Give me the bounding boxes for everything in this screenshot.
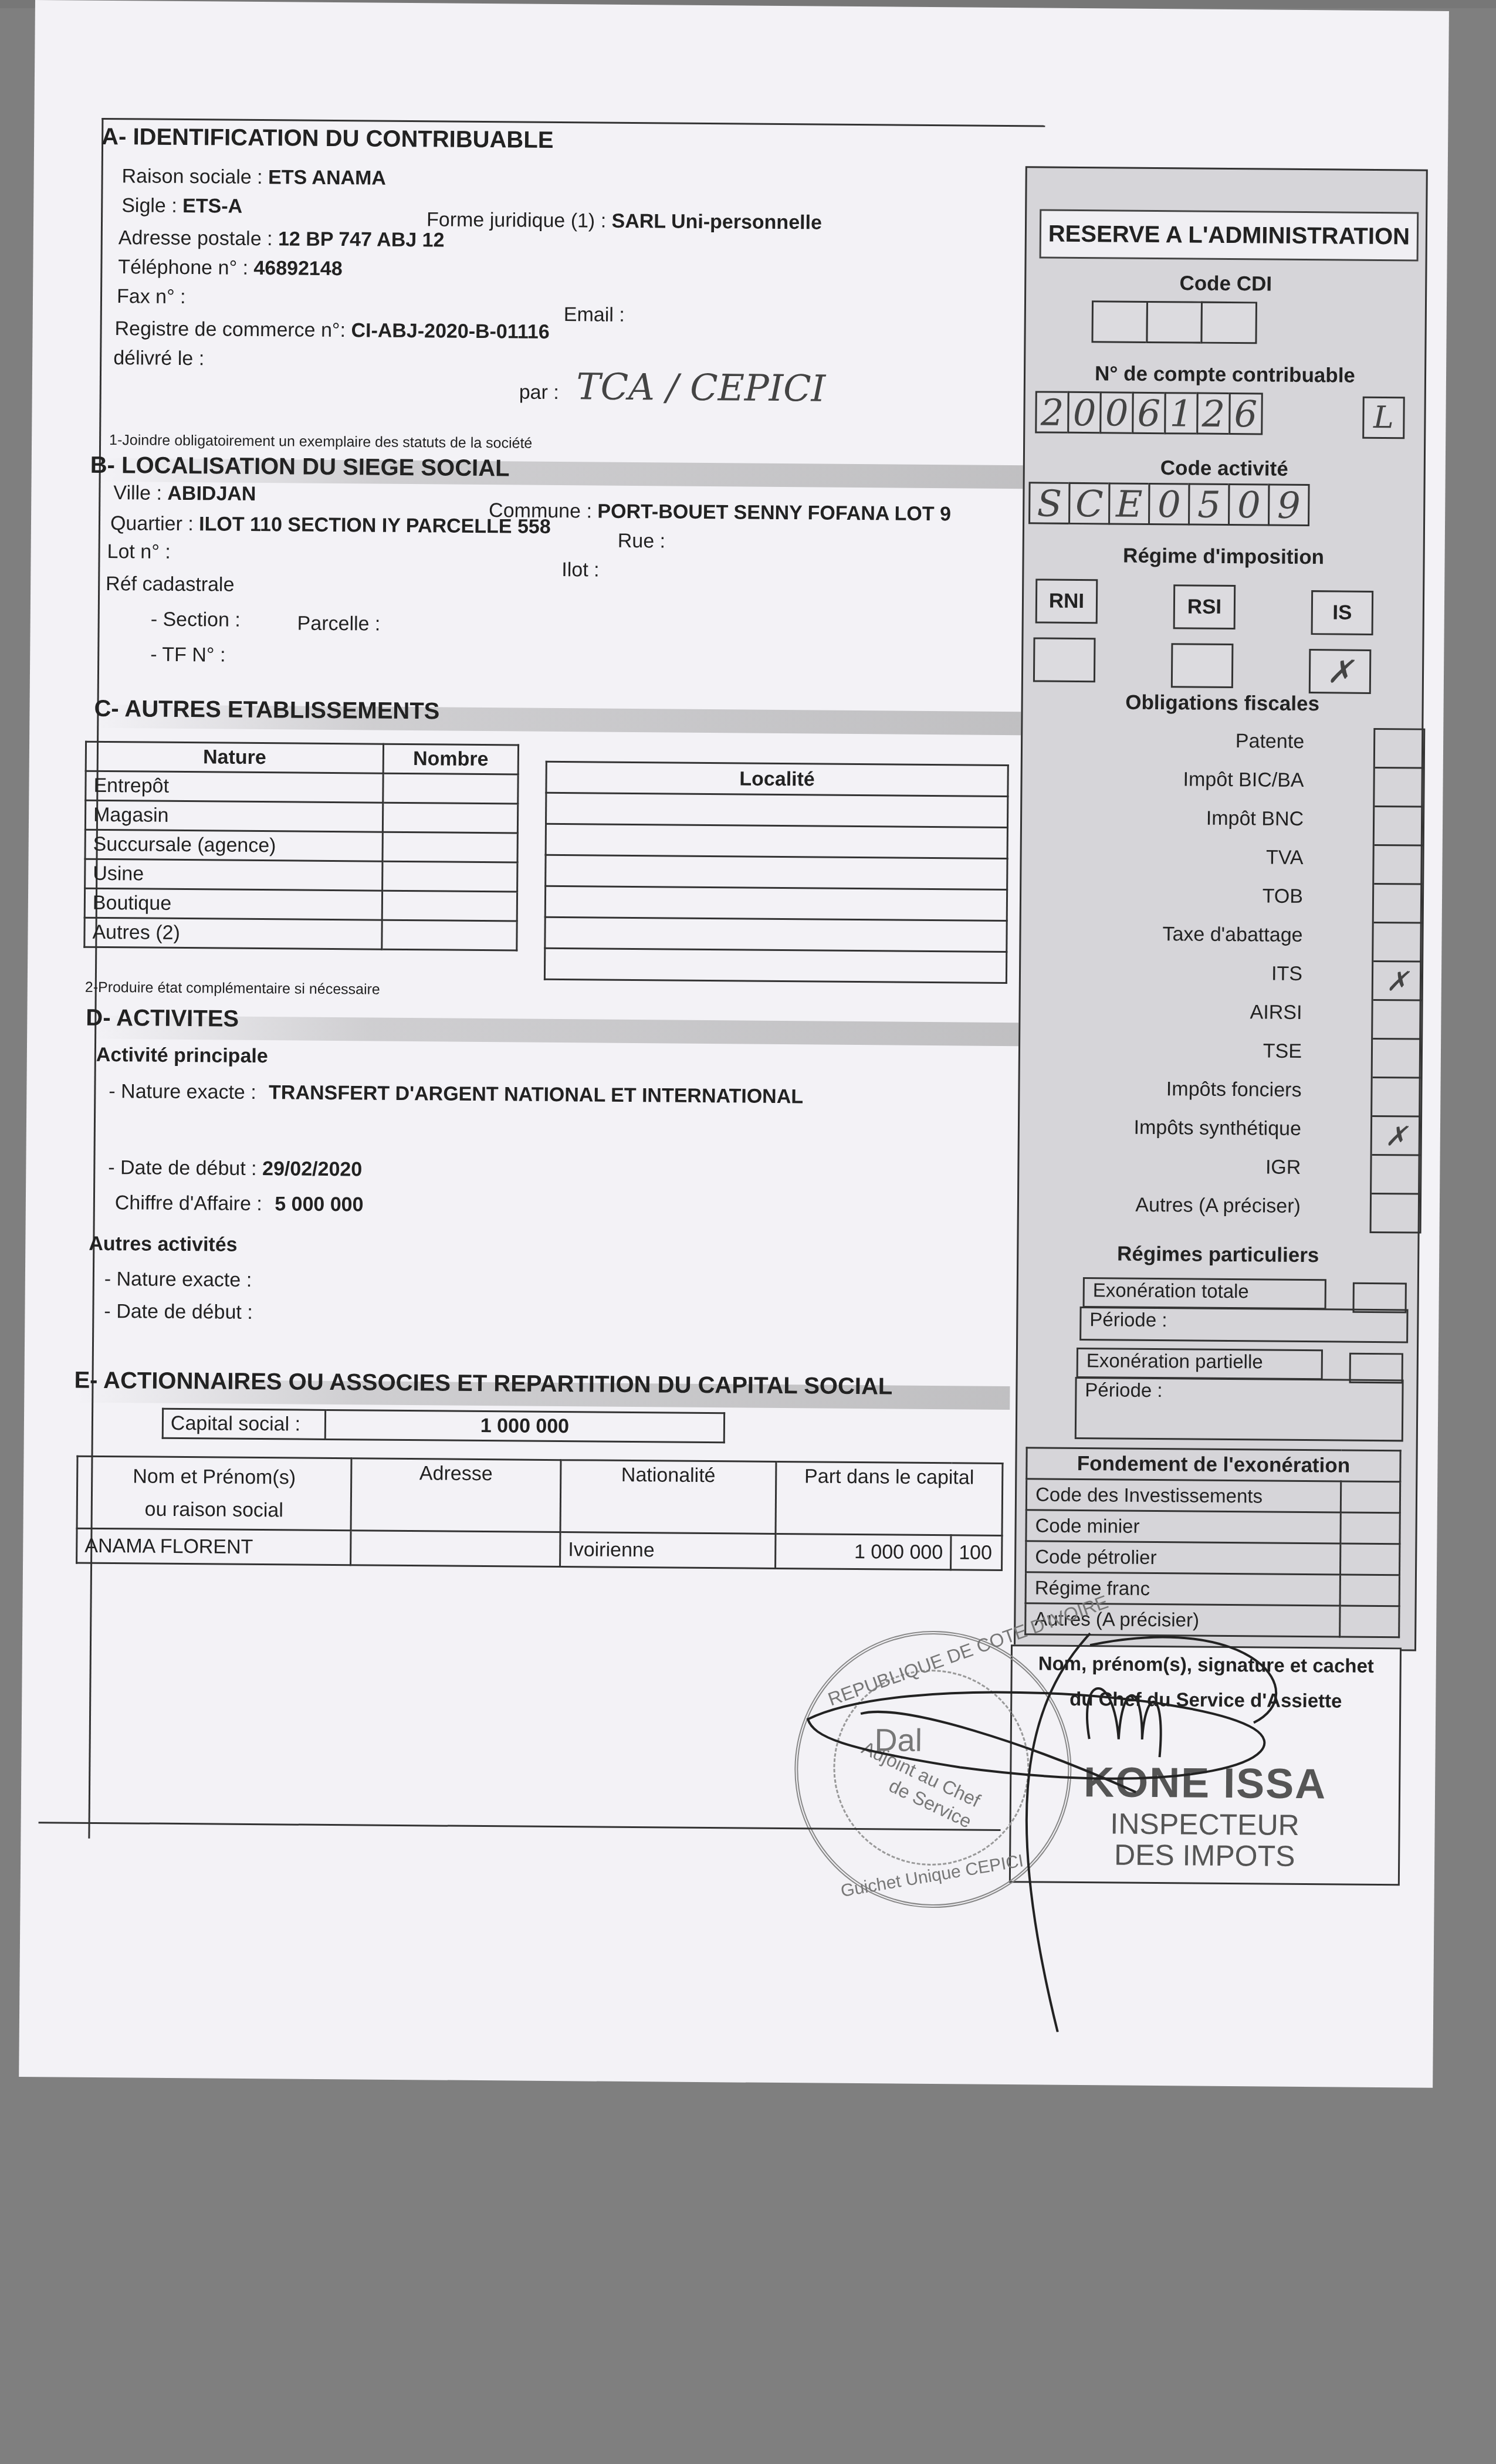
code-cdi-cell[interactable] xyxy=(1200,302,1257,344)
obligations-label: Obligations fiscales xyxy=(1023,690,1421,716)
etablissement-nature: Autres (2) xyxy=(84,918,382,949)
code-activite-cell[interactable]: 0 xyxy=(1228,483,1270,526)
adresse-label: Adresse postale : xyxy=(119,226,273,250)
capital-social-value: 1 000 000 xyxy=(325,1410,724,1442)
regime-rni-checkbox[interactable] xyxy=(1033,637,1096,682)
obligation-checkbox[interactable] xyxy=(1373,1040,1421,1079)
obligation-checkbox[interactable] xyxy=(1373,1001,1421,1040)
forme-juridique-value: SARL Uni-personnelle xyxy=(611,210,822,234)
etablissement-nature: Usine xyxy=(85,859,383,891)
obligation-checkbox[interactable] xyxy=(1374,846,1423,885)
section-d-title: D- ACTIVITES xyxy=(86,1005,239,1033)
regimes-particuliers-label: Régimes particuliers xyxy=(1018,1241,1417,1268)
fondement-checkbox[interactable] xyxy=(1340,1575,1399,1606)
part-header: Part dans le capital xyxy=(776,1461,1003,1535)
admin-title: RESERVE A L'ADMINISTRATION xyxy=(1040,209,1419,261)
section-b-title: B- LOCALISATION DU SIEGE SOCIAL xyxy=(90,452,510,482)
regime-rsi-checkbox[interactable] xyxy=(1171,643,1234,688)
obligation-label: TOB xyxy=(1263,885,1304,908)
compte-digit-cell[interactable]: 6 xyxy=(1228,392,1263,435)
quartier-value: ILOT 110 SECTION IY PARCELLE 558 xyxy=(199,513,551,538)
obligation-label: ITS xyxy=(1271,963,1302,986)
fondement-label: Code des Investissements xyxy=(1026,1479,1341,1512)
email-label: Email : xyxy=(564,303,625,326)
chiffre-affaire-value: 5 000 000 xyxy=(275,1193,364,1216)
etablissement-nombre[interactable] xyxy=(383,803,517,833)
tf-label: - TF N° : xyxy=(150,644,225,667)
quartier-label: Quartier : xyxy=(110,512,194,535)
actionnaires-table: Nom et Prénom(s) ou raison social Adress… xyxy=(76,1456,1003,1571)
telephone-label: Téléphone n° : xyxy=(118,256,248,279)
obligation-label: Impôt BIC/BA xyxy=(1183,768,1304,792)
ville-value: ABIDJAN xyxy=(167,482,256,505)
raison-sociale-label: Raison sociale : xyxy=(121,165,262,188)
fondement-row: Code pétrolier xyxy=(1026,1541,1400,1575)
par-field: par : TCA / CEPICI xyxy=(519,364,826,409)
obligation-label: Autres (A préciser) xyxy=(1135,1194,1301,1218)
localite-cell[interactable] xyxy=(546,855,1007,889)
compte-digit-cell[interactable]: 2 xyxy=(1035,391,1069,433)
section-a-title: A- IDENTIFICATION DU CONTRIBUABLE xyxy=(101,124,554,154)
etablissement-nombre[interactable] xyxy=(383,773,518,804)
compte-digit-cell[interactable]: 6 xyxy=(1132,392,1166,434)
fondement-label: Code pétrolier xyxy=(1026,1541,1341,1575)
etablissement-nombre[interactable] xyxy=(383,861,517,892)
obligation-label: TSE xyxy=(1263,1040,1302,1063)
obligation-checkbox[interactable] xyxy=(1375,769,1423,808)
obligation-label: Patente xyxy=(1236,730,1305,753)
obligation-checkbox[interactable] xyxy=(1373,923,1422,963)
code-activite-cells: SCE0509 xyxy=(1030,482,1310,526)
section-label: - Section : xyxy=(151,608,241,632)
exo-partielle-label: Exonération partielle xyxy=(1077,1348,1323,1380)
parcelle-label: Parcelle : xyxy=(297,612,381,636)
sigle-field: Sigle : ETS-A xyxy=(121,194,242,218)
chiffre-affaire-label: Chiffre d'Affaire : xyxy=(115,1192,262,1215)
code-activite-cell[interactable]: E xyxy=(1108,482,1150,525)
compte-digit-cell[interactable]: 0 xyxy=(1067,391,1102,434)
etablissement-nature: Boutique xyxy=(84,888,382,920)
registre-field: Registre de commerce n°: CI-ABJ-2020-B-0… xyxy=(114,317,549,344)
activite-principale-heading: Activité principale xyxy=(96,1044,268,1068)
code-cdi-cells xyxy=(1093,300,1257,344)
date-debut-label: - Date de début : xyxy=(108,1156,257,1180)
compte-digit-cell[interactable]: 1 xyxy=(1164,392,1199,434)
delivre-label: délivré le : xyxy=(113,347,204,370)
regime-options: RNIRSIIS✗ xyxy=(1027,168,1426,171)
localite-cell[interactable] xyxy=(544,948,1006,983)
obligation-label: Impôts fonciers xyxy=(1166,1078,1302,1102)
quartier-field: Quartier : ILOT 110 SECTION IY PARCELLE … xyxy=(110,512,551,539)
regime-rni-label: RNI xyxy=(1035,578,1098,624)
actionnaire-nationalite: Ivoirienne xyxy=(560,1532,776,1569)
code-activite-cell[interactable]: 0 xyxy=(1148,483,1190,526)
obligation-label: Impôts synthétique xyxy=(1133,1116,1301,1140)
fondement-row: Code minier xyxy=(1026,1510,1400,1544)
localite-table: Localité xyxy=(544,761,1009,984)
nationalite-header: Nationalité xyxy=(560,1460,776,1534)
fondement-checkbox[interactable] xyxy=(1340,1544,1399,1575)
obligation-checkbox[interactable]: ✗ xyxy=(1372,1117,1421,1156)
compte-cells: 2006126 xyxy=(1037,391,1263,435)
adresse-field: Adresse postale : 12 BP 747 ABJ 12 xyxy=(119,226,445,252)
telephone-value: 46892148 xyxy=(253,257,343,280)
forme-juridique-field: Forme juridique (1) : SARL Uni-personnel… xyxy=(427,208,822,234)
localite-row xyxy=(545,886,1007,920)
form-page: A- IDENTIFICATION DU CONTRIBUABLE Raison… xyxy=(19,0,1449,2088)
fax-field: Fax n° : xyxy=(117,285,186,309)
etablissement-row: Succursale (agence) xyxy=(85,830,517,862)
nature-exacte-label: - Nature exacte : xyxy=(109,1080,256,1104)
obligation-checkbox[interactable] xyxy=(1375,730,1424,769)
nature-exacte-value: TRANSFERT D'ARGENT NATIONAL ET INTERNATI… xyxy=(269,1081,803,1108)
nature-header: Nature xyxy=(86,742,383,773)
obligation-checkbox[interactable] xyxy=(1375,807,1423,847)
localite-row xyxy=(544,948,1006,983)
obligation-checkbox[interactable] xyxy=(1372,1156,1420,1195)
autres-activites-heading: Autres activités xyxy=(89,1233,238,1257)
localite-cell[interactable] xyxy=(545,917,1007,952)
adresse-value: 12 BP 747 ABJ 12 xyxy=(278,228,445,251)
code-activite-cell[interactable]: 9 xyxy=(1268,484,1310,527)
registre-label: Registre de commerce n°: xyxy=(114,317,346,341)
actionnaire-adresse xyxy=(351,1531,560,1567)
etablissement-nombre[interactable] xyxy=(382,891,517,921)
nom-header-line1: Nom et Prénom(s) xyxy=(85,1460,343,1494)
fondement-row: Code des Investissements xyxy=(1026,1479,1400,1513)
section-c-title: C- AUTRES ETABLISSEMENTS xyxy=(94,696,439,725)
obligation-label: TVA xyxy=(1266,847,1304,869)
ville-label: Ville : xyxy=(113,482,162,505)
regime-is-checkbox[interactable]: ✗ xyxy=(1309,649,1372,694)
nom-header-line2: ou raison social xyxy=(85,1492,343,1527)
autres-date-label: - Date de début : xyxy=(104,1300,253,1324)
capital-social-label: Capital social : xyxy=(163,1409,325,1439)
raison-sociale-field: Raison sociale : ETS ANAMA xyxy=(121,165,386,190)
localite-cell[interactable] xyxy=(545,886,1007,920)
handwritten-signature xyxy=(782,1619,1430,2035)
etablissement-row: Entrepôt xyxy=(86,771,518,804)
obligation-checkbox[interactable] xyxy=(1372,1194,1420,1232)
telephone-field: Téléphone n° : 46892148 xyxy=(118,256,343,280)
obligation-checkbox[interactable] xyxy=(1374,885,1423,924)
actionnaire-part-montant: 1 000 000 xyxy=(776,1534,951,1569)
obligation-label: AIRSI xyxy=(1250,1001,1302,1024)
sigle-label: Sigle : xyxy=(121,194,177,217)
chiffre-affaire-field: Chiffre d'Affaire : 5 000 000 xyxy=(115,1192,364,1216)
rue-label: Rue : xyxy=(618,530,666,553)
regime-rsi-label: RSI xyxy=(1173,584,1236,629)
autres-nature-label: - Nature exacte : xyxy=(104,1268,252,1292)
compte-digit-cell[interactable]: 0 xyxy=(1099,391,1134,434)
obligation-label: Taxe d'abattage xyxy=(1162,923,1302,947)
etablissement-row: Autres (2) xyxy=(84,918,517,950)
date-debut-value: 29/02/2020 xyxy=(262,1157,362,1180)
etablissement-nature: Succursale (agence) xyxy=(85,830,383,861)
admin-reserved-panel: RESERVE A L'ADMINISTRATION Code CDI N° d… xyxy=(1014,166,1428,1651)
compte-digit-cell[interactable]: 2 xyxy=(1196,392,1231,435)
code-cdi-label: Code CDI xyxy=(1026,270,1425,297)
localite-cell[interactable] xyxy=(546,824,1007,858)
etablissements-table: Nature Nombre EntrepôtMagasinSuccursale … xyxy=(83,741,519,952)
delivre-field: délivré le : xyxy=(113,347,204,370)
nom-header: Nom et Prénom(s) ou raison social xyxy=(77,1456,351,1531)
footnote-1: 1-Joindre obligatoirement un exemplaire … xyxy=(109,432,532,452)
localite-row xyxy=(546,824,1007,858)
code-activite-cell[interactable]: C xyxy=(1068,482,1111,525)
raison-sociale-value: ETS ANAMA xyxy=(268,166,386,189)
code-activite-label: Code activité xyxy=(1025,455,1424,482)
par-handwritten-value: TCA / CEPICI xyxy=(576,365,825,409)
etablissement-nature: Entrepôt xyxy=(86,771,383,803)
localite-row xyxy=(545,917,1007,952)
obligation-checkbox[interactable]: ✗ xyxy=(1373,962,1422,1001)
commune-field: Commune : PORT-BOUET SENNY FOFANA LOT 9 xyxy=(489,499,951,526)
localite-header: Localité xyxy=(546,761,1008,796)
fondement-label: Code minier xyxy=(1026,1510,1341,1544)
footnote-2: 2-Produire état complémentaire si nécess… xyxy=(85,979,380,999)
fondement-label: Régime franc xyxy=(1025,1572,1340,1606)
localite-row xyxy=(546,793,1007,827)
regime-label: Régime d'imposition xyxy=(1024,543,1423,570)
etablissement-nombre[interactable] xyxy=(383,832,517,862)
obligations-labels: PatenteImpôt BIC/BAImpôt BNCTVATOBTaxe d… xyxy=(1027,168,1426,171)
fondement-checkbox[interactable] xyxy=(1341,1512,1400,1544)
code-activite-cell[interactable]: 5 xyxy=(1188,483,1230,526)
capital-social-box: Capital social : 1 000 000 xyxy=(162,1408,725,1444)
par-label: par : xyxy=(519,381,559,404)
email-field: Email : xyxy=(564,303,625,327)
nombre-header: Nombre xyxy=(383,744,518,774)
obligation-checkbox[interactable] xyxy=(1372,1078,1421,1118)
ref-cadastrale-label: Réf cadastrale xyxy=(106,573,235,597)
ilot-label: Ilot : xyxy=(561,559,600,582)
exo-partielle-periode: Période : xyxy=(1075,1377,1404,1441)
actionnaire-part-pct: 100 xyxy=(951,1535,1002,1571)
obligation-label: IGR xyxy=(1265,1156,1301,1179)
fondement-checkbox[interactable] xyxy=(1341,1481,1400,1513)
actionnaire-nom: ANAMA FLORENT xyxy=(77,1528,351,1565)
sigle-value: ETS-A xyxy=(182,195,242,218)
fondement-header: Fondement de l'exonération xyxy=(1027,1448,1400,1482)
etablissement-nombre[interactable] xyxy=(382,920,517,950)
obligations-checkbox-column: ✗✗ xyxy=(1370,728,1426,1234)
regime-is-label: IS xyxy=(1311,590,1374,635)
etablissement-row: Usine xyxy=(85,859,517,892)
code-cdi-cell[interactable] xyxy=(1091,300,1148,343)
exo-totale-periode: Période : xyxy=(1079,1307,1408,1343)
localite-cell[interactable] xyxy=(546,793,1007,827)
registre-value: CI-ABJ-2020-B-01116 xyxy=(351,319,550,343)
commune-value: PORT-BOUET SENNY FOFANA LOT 9 xyxy=(597,500,951,526)
obligation-label: Impôt BNC xyxy=(1206,807,1304,831)
lot-label: Lot n° : xyxy=(107,540,170,564)
ville-field: Ville : ABIDJAN xyxy=(113,482,256,506)
date-debut-field: - Date de début : 29/02/2020 xyxy=(108,1156,362,1181)
exo-totale-label: Exonération totale xyxy=(1083,1277,1326,1309)
etablissement-nature: Magasin xyxy=(85,800,383,832)
compte-label: N° de compte contribuable xyxy=(1025,361,1424,388)
etablissement-row: Boutique xyxy=(84,888,517,921)
code-activite-cell[interactable]: S xyxy=(1028,482,1071,524)
forme-juridique-label: Forme juridique (1) : xyxy=(427,208,606,232)
etablissement-row: Magasin xyxy=(85,800,517,833)
fax-label: Fax n° : xyxy=(117,285,186,308)
code-cdi-cell[interactable] xyxy=(1146,301,1203,344)
actionnaire-row: ANAMA FLORENTIvoirienne1 000 000100 xyxy=(77,1528,1002,1570)
compte-key-box: L xyxy=(1362,397,1405,439)
localite-row xyxy=(546,855,1007,889)
adresse-header: Adresse xyxy=(351,1458,561,1532)
